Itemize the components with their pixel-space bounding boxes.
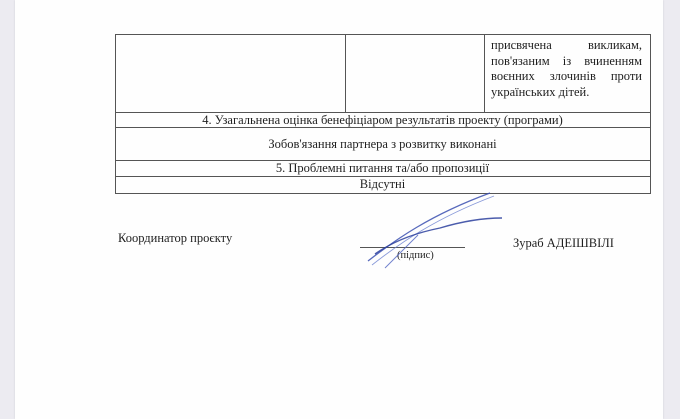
word: злочинів	[550, 69, 596, 85]
signatory-role: Координатор проєкту	[118, 231, 232, 246]
table-cell-col3: присвячена викликам, пов'язаним із вчине…	[491, 38, 642, 100]
word: присвячена	[491, 38, 552, 54]
section-4-heading: 4. Узагальнена оцінка бенефіціаром резул…	[115, 113, 650, 128]
word: воєнних	[491, 69, 535, 85]
text-line: присвячена викликам,	[491, 38, 642, 54]
word: проти	[611, 69, 642, 85]
column-divider-2	[484, 34, 485, 112]
word: пов'язаним	[491, 54, 550, 70]
column-divider-1	[345, 34, 346, 112]
signatory-name: Зураб АДЕІШВІЛІ	[513, 236, 614, 251]
section-5-value: Відсутні	[115, 177, 650, 192]
signature-caption: (підпис)	[397, 250, 434, 261]
text-line: українських дітей.	[491, 85, 642, 101]
table-border-top	[115, 34, 651, 35]
section-4-value: Зобов'язання партнера з розвитку виконан…	[115, 137, 650, 152]
word: із	[563, 54, 571, 70]
word: викликам,	[588, 38, 642, 54]
text-line: пов'язаним із вчиненням	[491, 54, 642, 70]
word: вчиненням	[584, 54, 642, 70]
word: українських дітей.	[491, 85, 589, 101]
signature-line	[360, 247, 465, 248]
table-border-bottom	[115, 193, 651, 194]
text-line: воєнних злочинів проти	[491, 69, 642, 85]
section-5-heading: 5. Проблемні питання та/або пропозиції	[115, 161, 650, 176]
table-border-right	[650, 34, 651, 193]
